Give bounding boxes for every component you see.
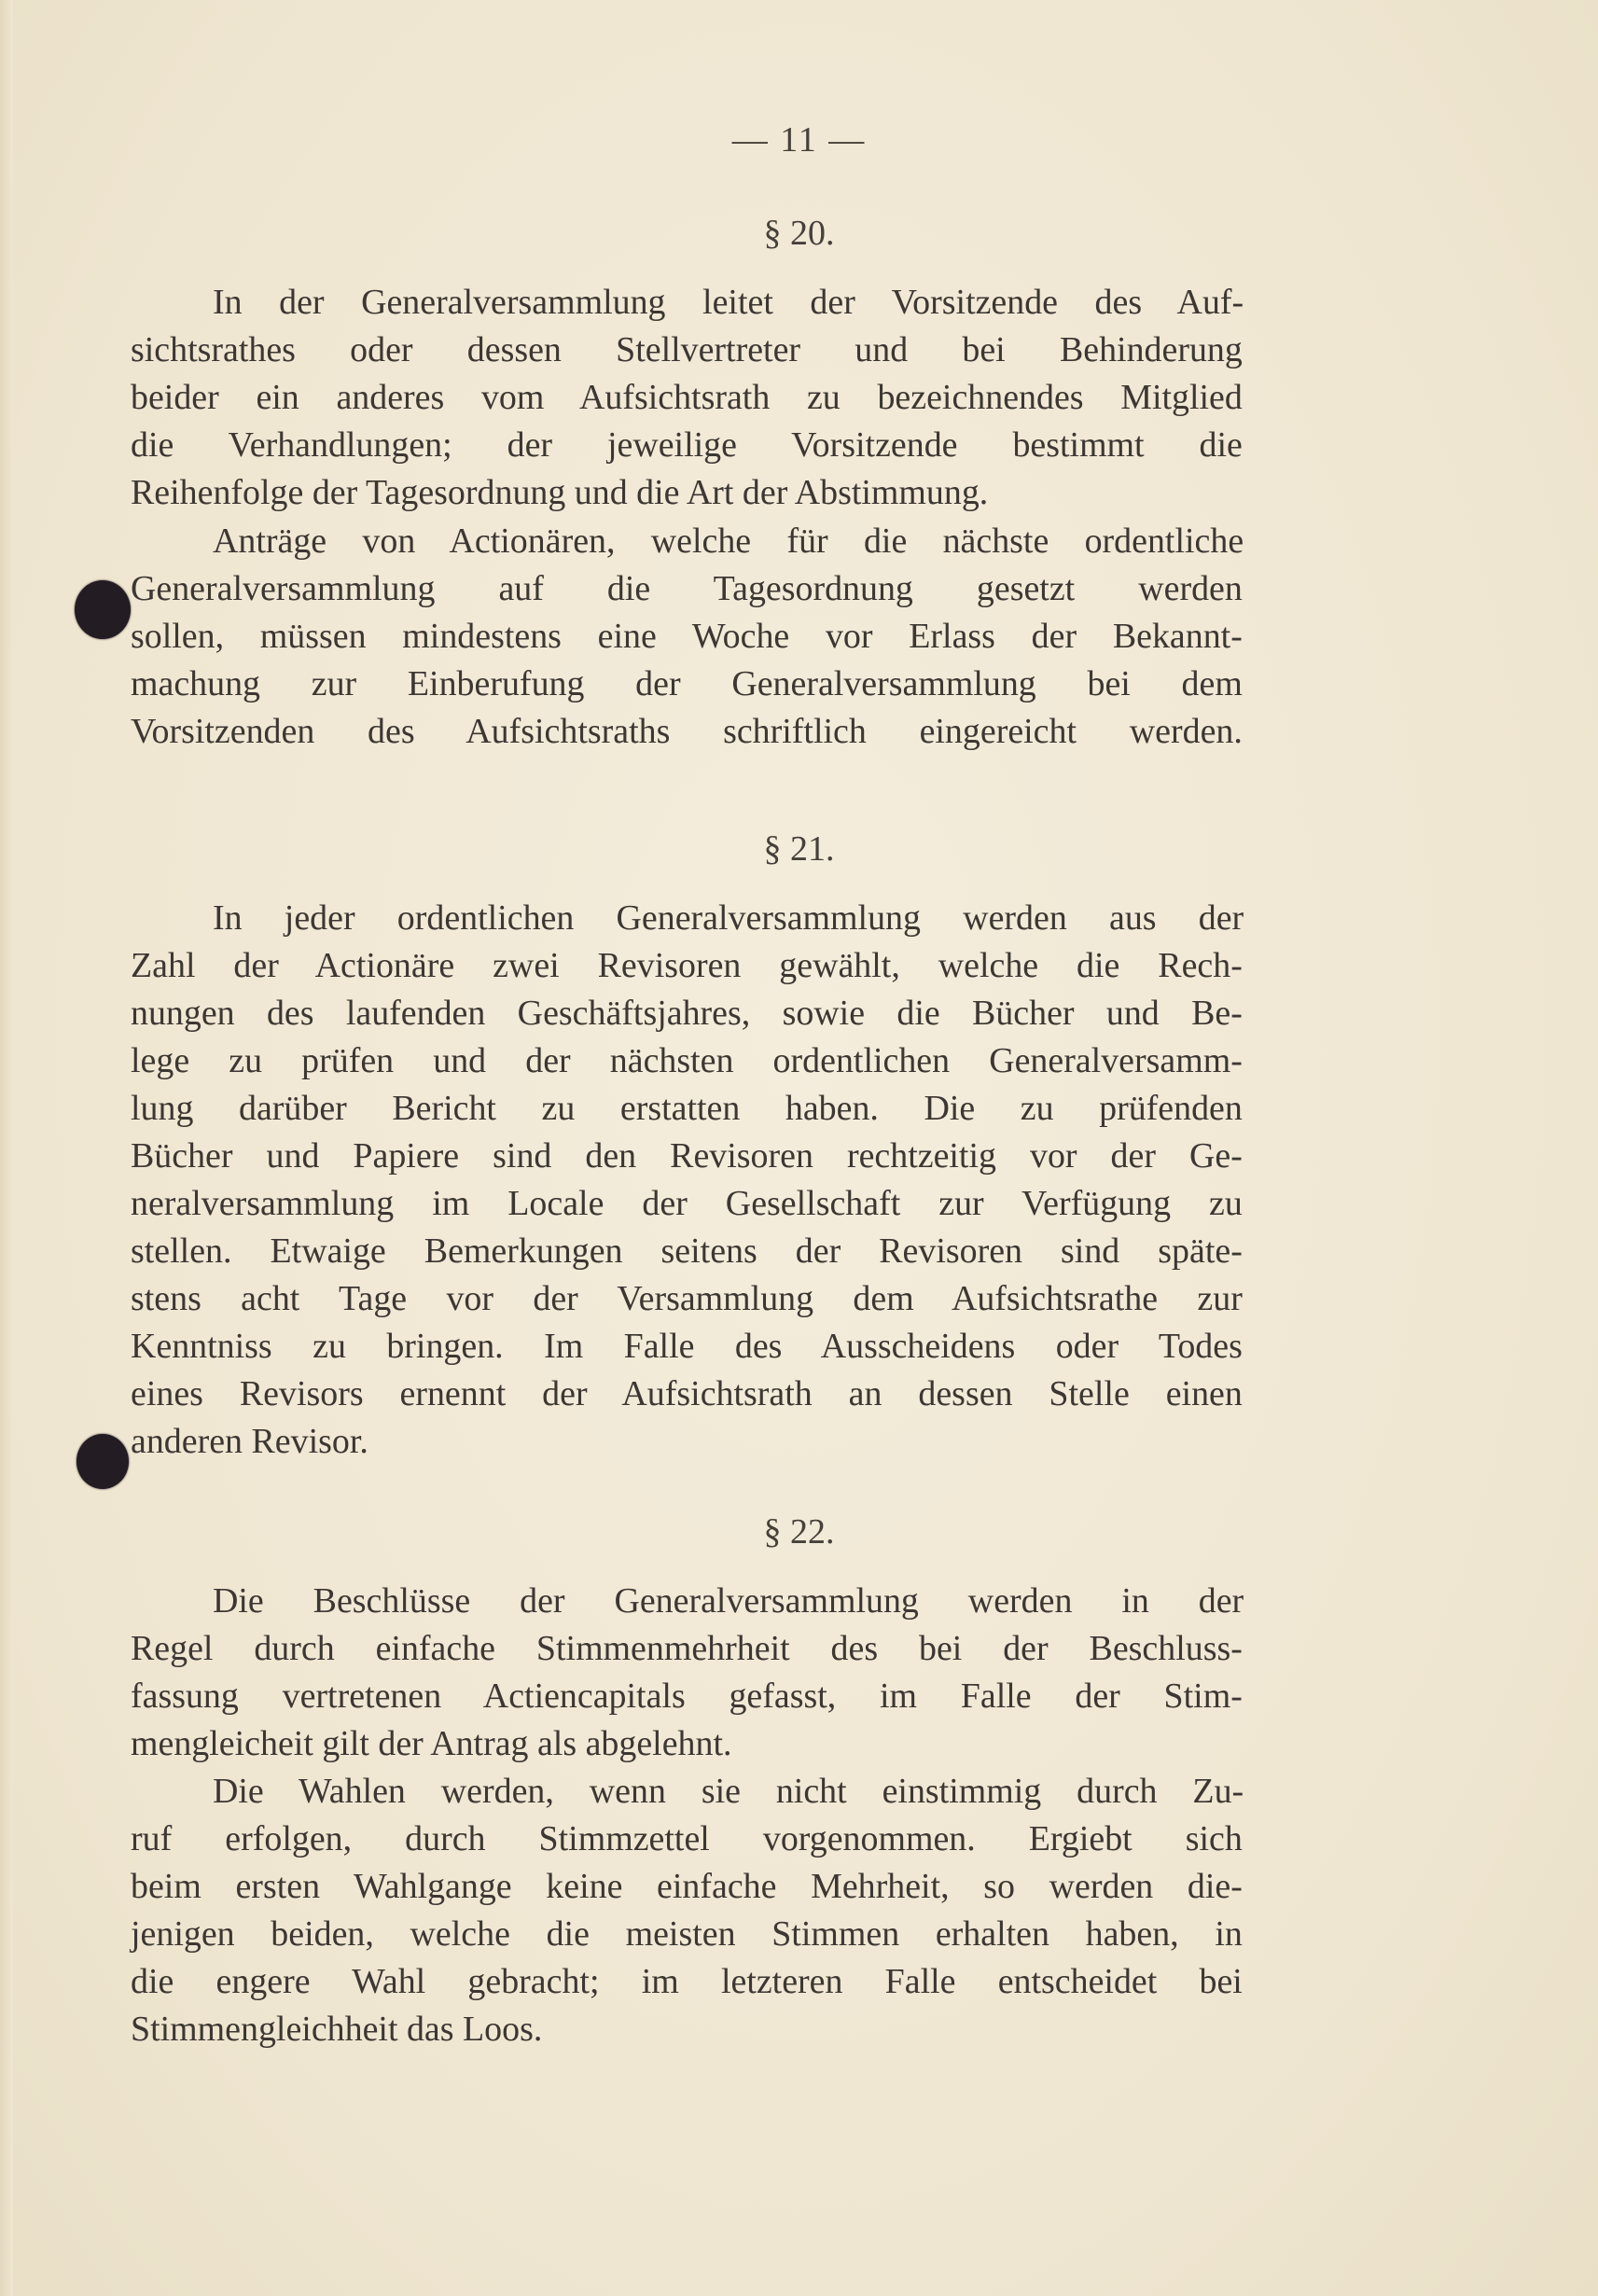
page-edge [0, 0, 13, 2296]
text-line: sollen, müssen mindestens eine Woche vor… [131, 616, 1243, 657]
text-line: Die Beschlüsse der Generalversammlung we… [213, 1580, 1244, 1621]
text-line: beider ein anderes vom Aufsichtsrath zu … [131, 377, 1243, 418]
text-line: Bücher und Papiere sind den Revisoren re… [131, 1135, 1243, 1176]
ink-blot [76, 1434, 129, 1489]
text-line: Regel durch einfache Stimmenmehrheit des… [131, 1628, 1243, 1669]
text-line: Stimmengleichheit das Loos. [131, 2009, 1243, 2050]
text-line: sichtsrathes oder dessen Stellvertreter … [131, 329, 1243, 370]
text-line: ruf erfolgen, durch Stimmzettel vorgenom… [131, 1818, 1243, 1859]
page-number: — 11 — [0, 119, 1598, 160]
text-line: lege zu prüfen und der nächsten ordentli… [131, 1040, 1243, 1081]
text-line: Die Wahlen werden, wenn sie nicht einsti… [213, 1771, 1244, 1812]
text-line: fassung vertretenen Actiencapitals gefas… [131, 1676, 1243, 1717]
text-line: Vorsitzenden des Aufsichtsraths schriftl… [131, 711, 1243, 752]
section-heading: § 21. [0, 828, 1598, 870]
text-line: Zahl der Actionäre zwei Revisoren gewähl… [131, 945, 1243, 986]
text-line: beim ersten Wahlgange keine einfache Meh… [131, 1866, 1243, 1907]
text-line: die engere Wahl gebracht; im letzteren F… [131, 1961, 1243, 2002]
text-line: Anträge von Actionären, welche für die n… [213, 521, 1244, 562]
text-line: jenigen beiden, welche die meisten Stimm… [131, 1913, 1243, 1955]
text-line: eines Revisors ernennt der Aufsichtsrath… [131, 1373, 1243, 1414]
section-heading: § 20. [0, 213, 1598, 254]
section-heading: § 22. [0, 1511, 1598, 1552]
text-line: In jeder ordentlichen Generalversammlung… [213, 898, 1244, 939]
text-line: stens acht Tage vor der Versammlung dem … [131, 1278, 1243, 1319]
text-line: Kenntniss zu bringen. Im Falle des Aussc… [131, 1326, 1243, 1367]
text-line: In der Generalversammlung leitet der Vor… [213, 282, 1244, 323]
text-line: machung zur Einberufung der Generalversa… [131, 663, 1243, 704]
text-line: neralversammlung im Locale der Gesellsch… [131, 1183, 1243, 1224]
text-line: mengleicheit gilt der Antrag als abgeleh… [131, 1723, 1243, 1764]
text-line: Generalversammlung auf die Tagesordnung … [131, 568, 1243, 609]
text-line: stellen. Etwaige Bemerkungen seitens der… [131, 1231, 1243, 1272]
text-line: die Verhandlungen; der jeweilige Vorsitz… [131, 424, 1243, 466]
text-line: nungen des laufenden Geschäftsjahres, so… [131, 993, 1243, 1034]
text-line: lung darüber Bericht zu erstatten haben.… [131, 1088, 1243, 1129]
ink-blot [75, 580, 131, 639]
text-line: Reihenfolge der Tagesordnung und die Art… [131, 472, 1243, 513]
text-line: anderen Revisor. [131, 1421, 1243, 1462]
